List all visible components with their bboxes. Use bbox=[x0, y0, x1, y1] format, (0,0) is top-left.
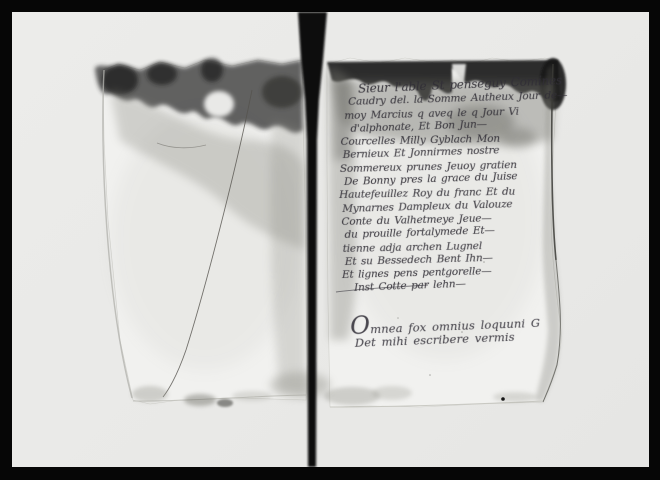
scanned-document-page: Sieur l'able St penseguy Comines Caudry … bbox=[0, 0, 660, 480]
handwriting-block: Sieur l'able St penseguy Comines Caudry … bbox=[338, 81, 572, 296]
ink-dot bbox=[501, 397, 505, 401]
